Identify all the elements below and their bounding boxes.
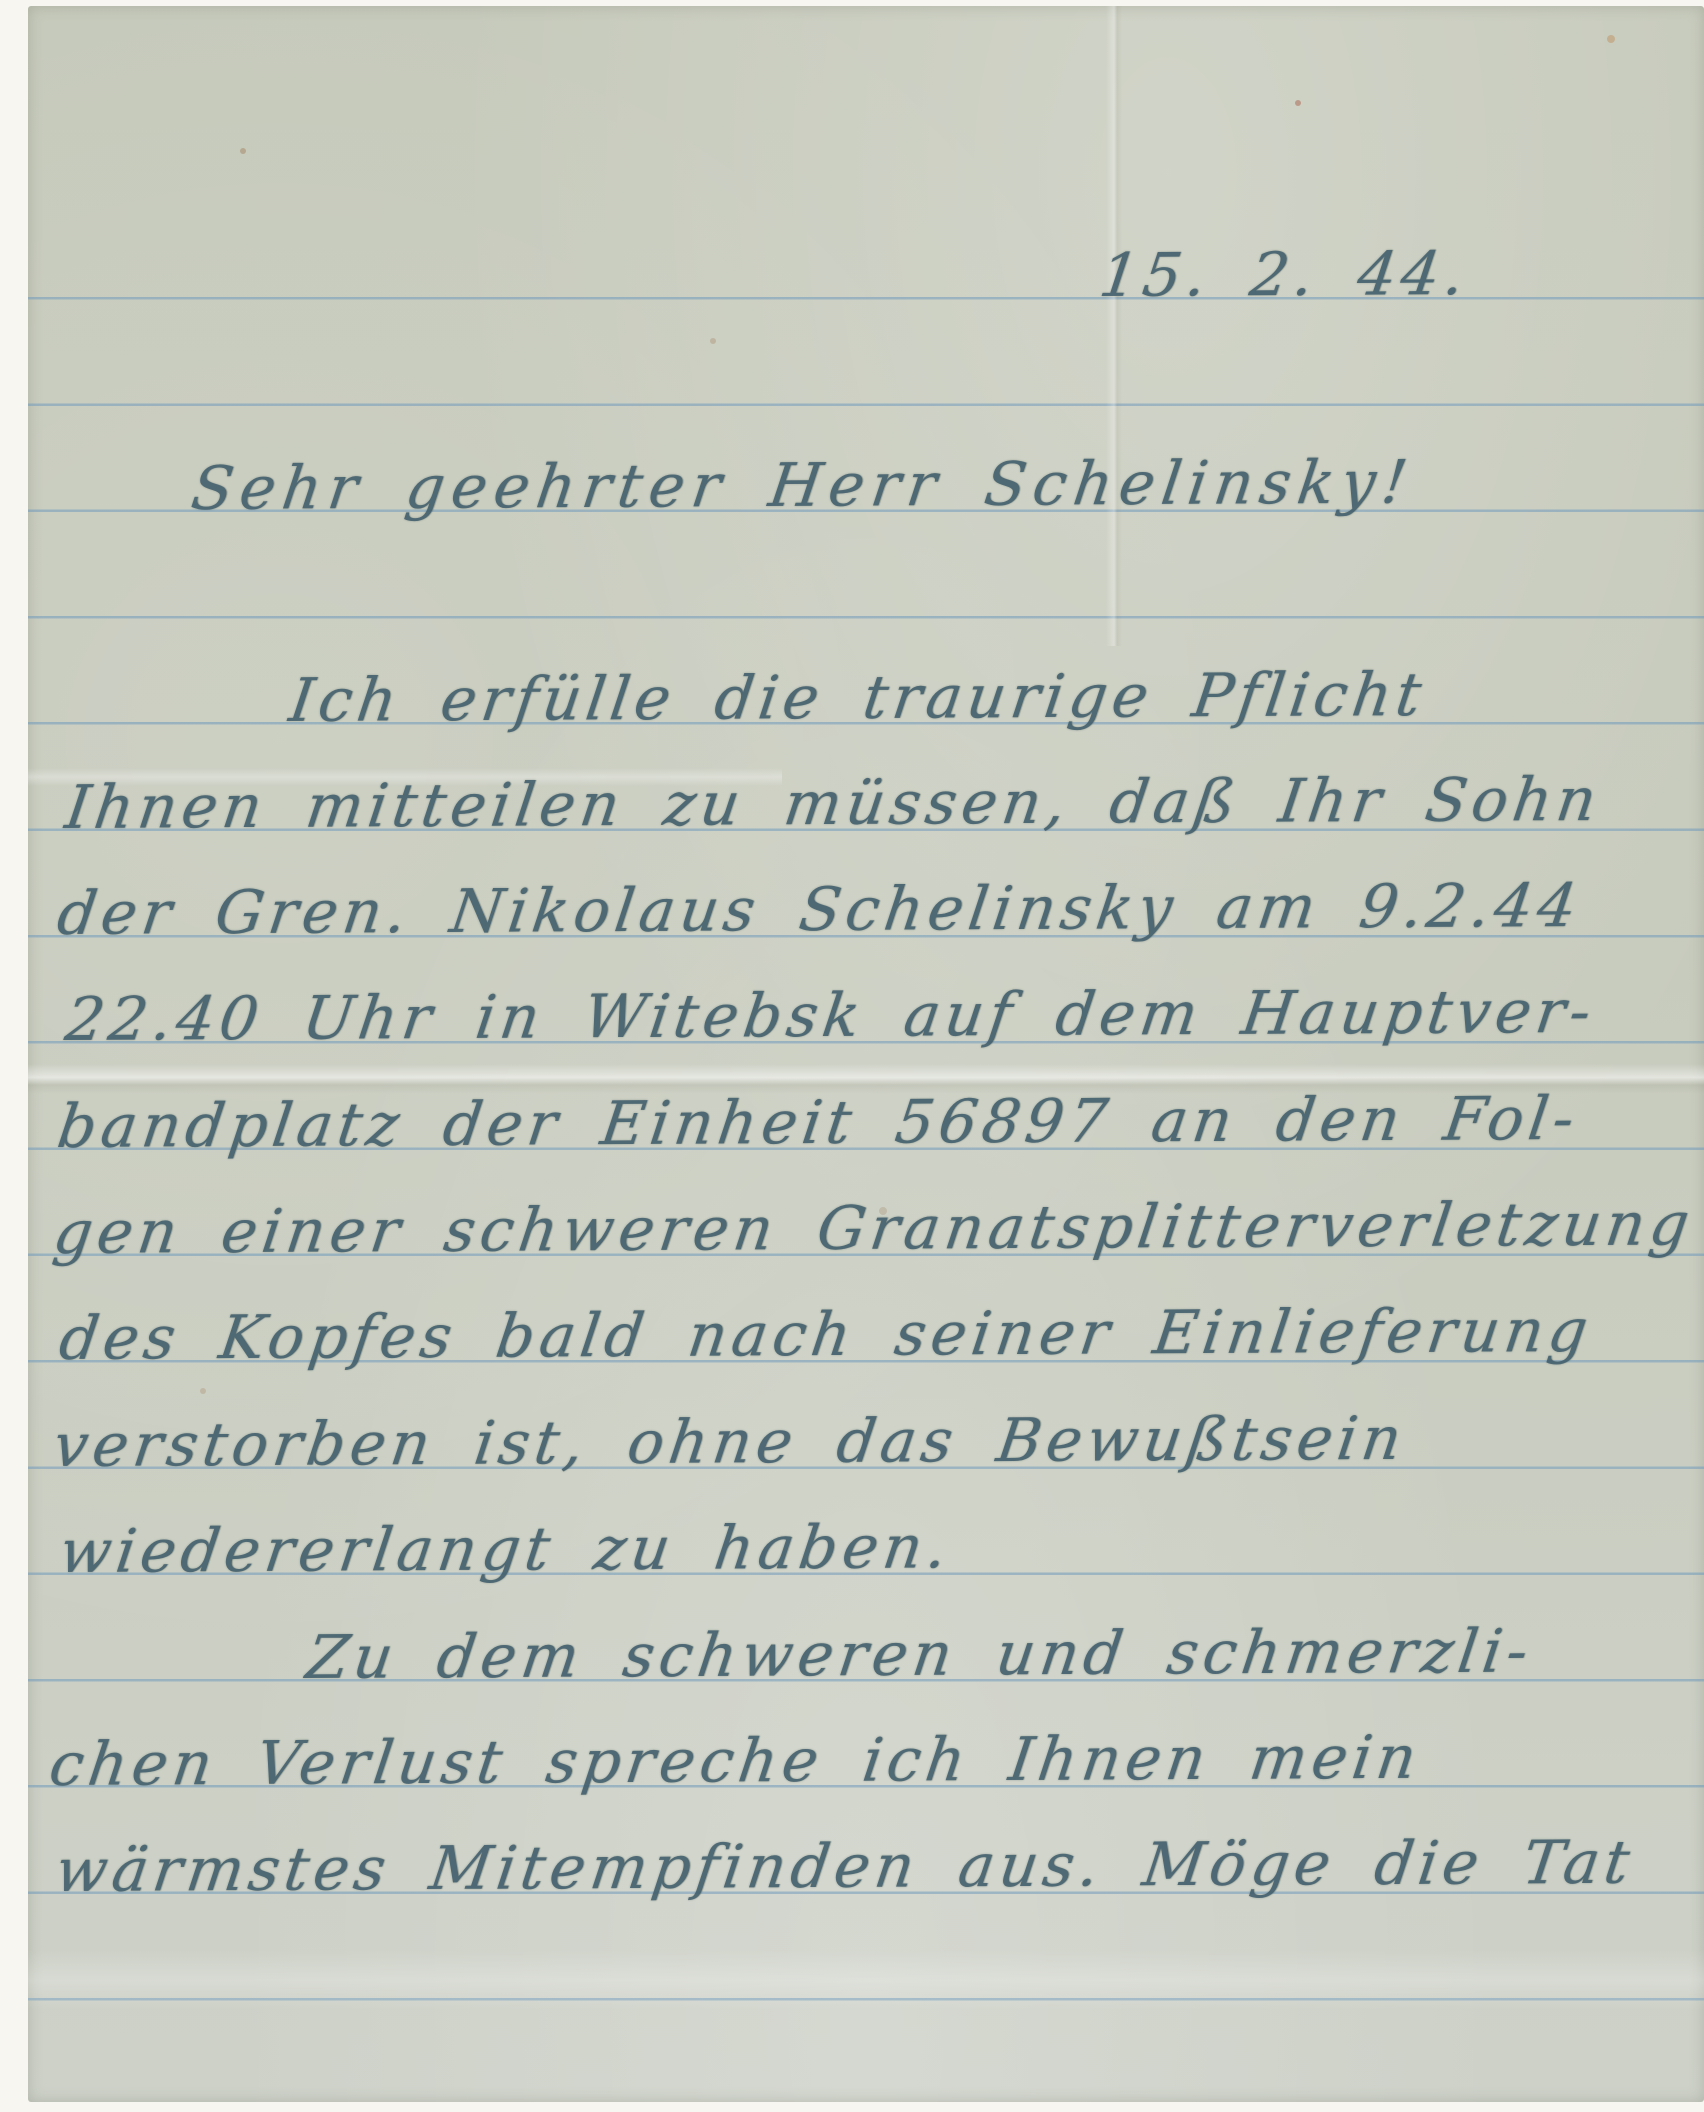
letter-line: wärmstes Mitempfinden aus. Möge die Tat: [52, 1833, 1638, 1901]
letter-line: 22.40 Uhr in Witebsk auf dem Hauptver-: [62, 982, 1599, 1050]
letter-line: der Gren. Nikolaus Schelinsky am 9.2.44: [54, 876, 1585, 944]
letter-line: Ich erfülle die traurige Pflicht: [286, 665, 1430, 731]
letter-line: Zu dem schweren und schmerzli-: [303, 1622, 1536, 1688]
letter-line: bandplatz der Einheit 56897 an den Fol-: [54, 1089, 1582, 1157]
letter-line: des Kopfes bald nach seiner Einlieferung: [56, 1301, 1596, 1369]
paper-stains: [240, 148, 246, 154]
letter-line: chen Verlust spreche ich Ihnen mein: [46, 1728, 1425, 1795]
letter-date: 15. 2. 44.: [1096, 244, 1473, 306]
fold-crease-vertical: [1106, 6, 1122, 646]
letter-line: gen einer schweren Granatsplitterverletz…: [50, 1194, 1697, 1263]
letter-line: wiedererlangt zu haben.: [56, 1517, 955, 1582]
scan-background: 15. 2. 44. Sehr geehrter Herr Schelinsky…: [0, 0, 1704, 2112]
letter-line: verstorben ist, ohne das Bewußtsein: [50, 1409, 1410, 1476]
letter-line: Ihnen mitteilen zu müssen, daß Ihr Sohn: [62, 770, 1605, 838]
letter-salutation: Sehr geehrter Herr Schelinsky!: [188, 453, 1417, 519]
bottom-light-band: [28, 1950, 1704, 2010]
letter-paper: 15. 2. 44. Sehr geehrter Herr Schelinsky…: [28, 6, 1704, 2102]
